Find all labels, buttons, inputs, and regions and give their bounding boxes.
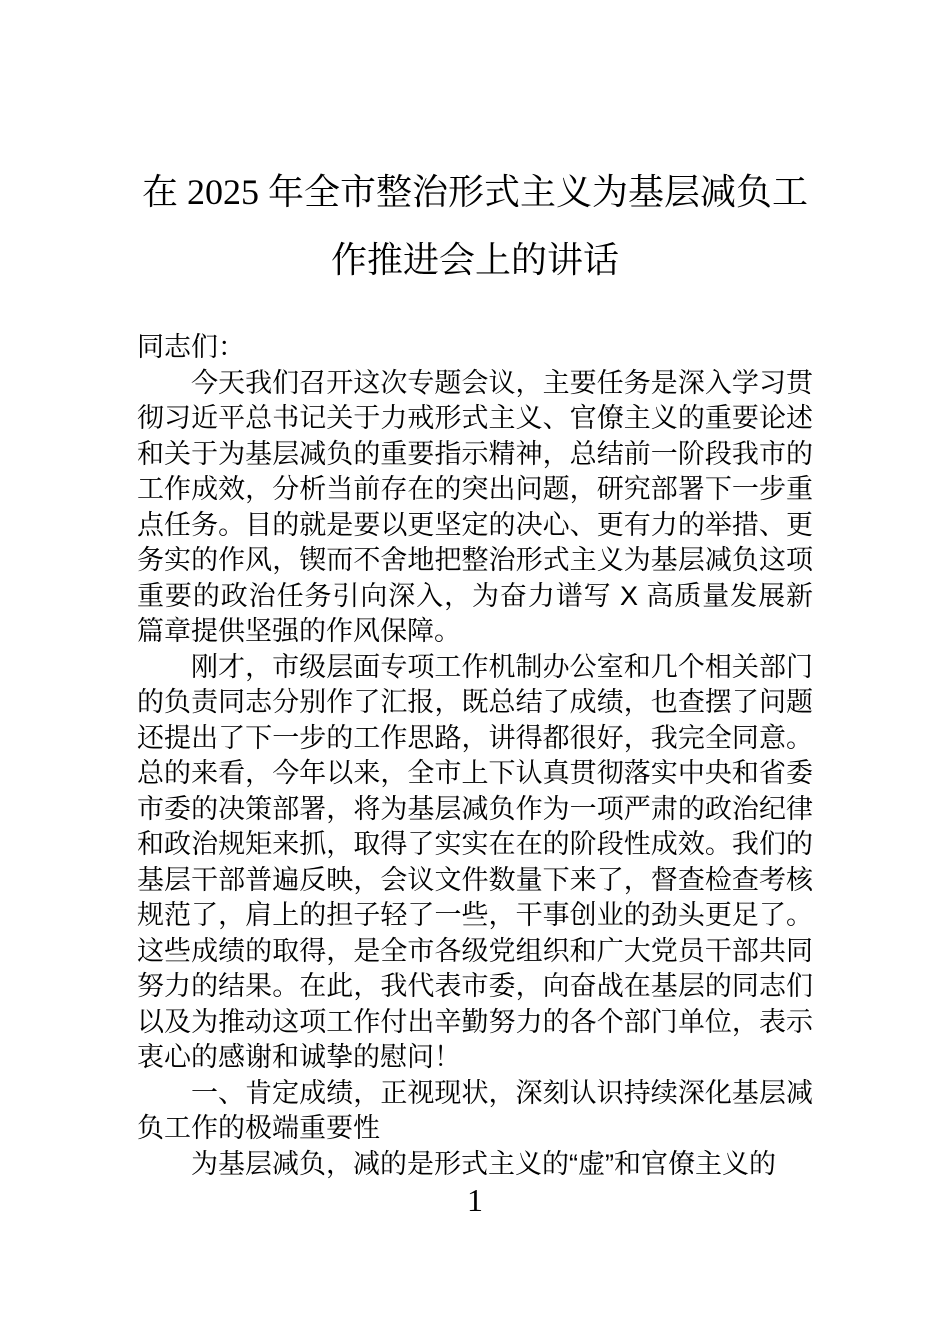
document-page: 在 2025 年全市整治形式主义为基层减负工作推进会上的讲话 同志们：今天我们召…: [0, 0, 950, 1344]
section-heading: 一、肯定成绩，正视现状，深刻认识持续深化基层减负工作的极端重要性: [137, 1076, 813, 1147]
document-body: 同志们：今天我们召开这次专题会议，主要任务是深入学习贯彻习近平总书记关于力戒形式…: [137, 330, 813, 1182]
paragraph: 为基层减负，减的是形式主义的“虚”和官僚主义的: [137, 1147, 813, 1183]
paragraph: 同志们：: [137, 330, 813, 366]
page-number: 1: [0, 1183, 950, 1217]
paragraph: 刚才，市级层面专项工作机制办公室和几个相关部门的负责同志分别作了汇报，既总结了成…: [137, 650, 813, 1076]
paragraph: 今天我们召开这次专题会议，主要任务是深入学习贯彻习近平总书记关于力戒形式主义、官…: [137, 366, 813, 650]
document-title: 在 2025 年全市整治形式主义为基层减负工作推进会上的讲话: [130, 0, 820, 294]
